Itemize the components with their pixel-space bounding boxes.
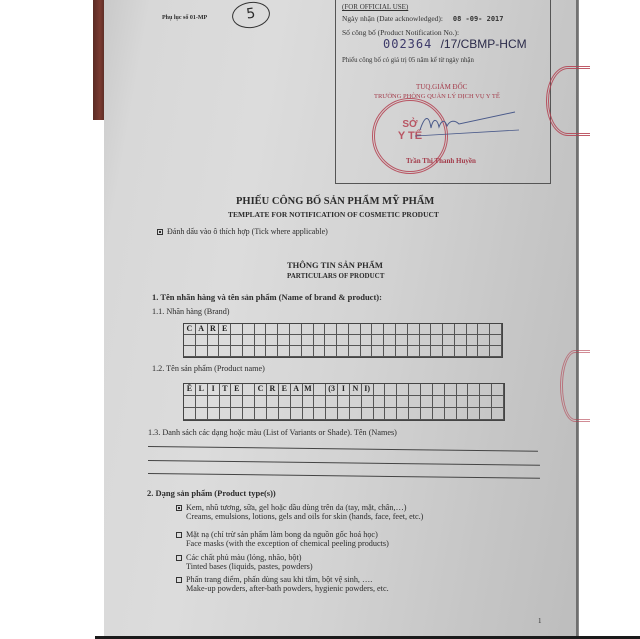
notification-label: Số công bố (Product Notification No.): — [342, 28, 459, 37]
option-label-vn: Phấn trang điểm, phấn dùng sau khi tắm, … — [186, 575, 372, 584]
date-acknowledged-value: 08 -09- 2017 — [453, 15, 504, 23]
grid-cell[interactable] — [490, 346, 502, 357]
grid-cell[interactable] — [184, 346, 196, 357]
variants-label: 1.3. Danh sách các dạng hoặc màu (List o… — [148, 428, 397, 437]
brand-character-grid[interactable]: CARE — [183, 323, 503, 358]
grid-cell[interactable] — [325, 346, 337, 357]
validity-note: Phiếu công bố có giá trị 05 năm kể từ ng… — [342, 57, 474, 64]
grid-cell[interactable] — [445, 408, 457, 420]
grid-cell[interactable] — [384, 324, 396, 335]
grid-cell[interactable] — [420, 324, 432, 335]
grid-cell[interactable] — [478, 346, 490, 357]
notification-number: 002364 /17/CBMP-HCM — [383, 37, 527, 51]
section-title-en: PARTICULARS OF PRODUCT — [287, 272, 384, 280]
grid-cell[interactable] — [409, 396, 421, 408]
grid-cell[interactable] — [492, 408, 504, 420]
grid-cell[interactable] — [433, 408, 445, 420]
grid-cell[interactable] — [397, 384, 409, 396]
checkbox-icon-example — [157, 229, 163, 235]
grid-cell[interactable] — [291, 396, 303, 408]
option-label-vn: Kem, nhũ tương, sữa, gel hoặc dầu dùng t… — [186, 503, 406, 512]
checkbox-icon[interactable] — [176, 577, 182, 583]
grid-cell[interactable] — [243, 335, 255, 346]
grid-cell[interactable] — [445, 384, 457, 396]
grid-cell[interactable] — [231, 396, 243, 408]
brand-label: 1.1. Nhãn hàng (Brand) — [152, 307, 230, 316]
grid-cell[interactable] — [421, 396, 433, 408]
grid-cell[interactable] — [291, 408, 303, 420]
grid-cell[interactable] — [431, 324, 443, 335]
section-title-vn: THÔNG TIN SẢN PHẨM — [287, 260, 383, 270]
grid-cell[interactable] — [374, 408, 386, 420]
option-label-vn: Các chất phủ màu (lỏng, nhão, bột) — [186, 553, 302, 562]
grid-cell[interactable] — [266, 324, 278, 335]
grid-cell[interactable]: E — [231, 384, 243, 396]
grid-cell[interactable] — [196, 335, 208, 346]
grid-cell[interactable] — [421, 408, 433, 420]
notification-number-stamped: 002364 — [383, 37, 432, 51]
grid-cell[interactable] — [467, 346, 479, 357]
checkbox-checked-icon[interactable] — [176, 505, 182, 511]
grid-cell[interactable] — [385, 396, 397, 408]
date-acknowledged-row: Ngày nhận (Date acknowledged): 08 -09- 2… — [342, 14, 503, 23]
grid-cell[interactable]: M — [303, 384, 315, 396]
grid-cell[interactable] — [480, 408, 492, 420]
grid-cell[interactable] — [337, 324, 349, 335]
product-type-option[interactable]: Phấn trang điểm, phấn dùng sau khi tắm, … — [176, 575, 389, 593]
section1-heading: 1. Tên nhãn hàng và tên sản phẩm (Name o… — [152, 292, 382, 302]
product-type-option[interactable]: Các chất phủ màu (lỏng, nhão, bột)Tinted… — [176, 553, 313, 571]
grid-cell[interactable] — [385, 384, 397, 396]
grid-cell[interactable] — [478, 324, 490, 335]
grid-cell[interactable] — [361, 346, 373, 357]
option-label-en: Make-up powders, after-bath powders, hyg… — [186, 584, 389, 593]
grid-cell[interactable] — [349, 335, 361, 346]
grid-cell[interactable] — [397, 396, 409, 408]
grid-cell[interactable] — [231, 346, 243, 357]
section2-heading: 2. Dạng sản phẩm (Product type(s)) — [147, 488, 276, 498]
grid-cell[interactable]: A — [196, 324, 208, 335]
grid-cell[interactable] — [408, 324, 420, 335]
grid-cell[interactable] — [219, 346, 231, 357]
grid-cell[interactable] — [372, 335, 384, 346]
grid-cell[interactable] — [208, 396, 220, 408]
grid-cell[interactable] — [255, 396, 267, 408]
grid-cell[interactable] — [314, 324, 326, 335]
grid-cell[interactable] — [196, 396, 208, 408]
grid-cell[interactable] — [397, 408, 409, 420]
grid-cell[interactable] — [290, 335, 302, 346]
grid-cell[interactable] — [408, 335, 420, 346]
product-name-label: 1.2. Tên sản phẩm (Product name) — [152, 364, 265, 373]
grid-cell[interactable] — [409, 384, 421, 396]
grid-cell[interactable] — [243, 396, 255, 408]
grid-cell[interactable] — [243, 408, 255, 420]
grid-cell[interactable] — [420, 335, 432, 346]
grid-cell[interactable] — [457, 408, 469, 420]
grid-cell[interactable] — [350, 408, 362, 420]
product-name-character-grid[interactable]: ÊLITECREAM(3INI) — [183, 383, 505, 421]
grid-cell[interactable] — [255, 335, 267, 346]
grid-cell[interactable] — [467, 335, 479, 346]
grid-cell[interactable] — [266, 346, 278, 357]
grid-cell[interactable] — [325, 335, 337, 346]
official-use-box: (FOR OFFICIAL USE) Ngày nhận (Date ackno… — [335, 0, 551, 184]
grid-cell[interactable] — [480, 396, 492, 408]
grid-cell[interactable] — [266, 335, 278, 346]
page-number: 1 — [538, 617, 542, 625]
grid-cell[interactable] — [243, 324, 255, 335]
grid-cell[interactable]: I — [208, 384, 220, 396]
grid-cell[interactable] — [326, 408, 338, 420]
checkbox-icon[interactable] — [176, 532, 182, 538]
grid-cell[interactable] — [279, 396, 291, 408]
grid-cell[interactable] — [184, 335, 196, 346]
grid-cell[interactable]: E — [219, 324, 231, 335]
grid-cell[interactable] — [338, 408, 350, 420]
grid-cell[interactable] — [478, 335, 490, 346]
grid-cell[interactable] — [492, 384, 504, 396]
grid-cell[interactable] — [350, 396, 362, 408]
grid-cell[interactable]: N — [350, 384, 362, 396]
grid-cell[interactable] — [326, 396, 338, 408]
grid-cell[interactable] — [302, 335, 314, 346]
grid-cell[interactable] — [468, 396, 480, 408]
grid-cell[interactable] — [325, 324, 337, 335]
grid-cell[interactable] — [433, 384, 445, 396]
grid-cell[interactable] — [337, 346, 349, 357]
grid-cell[interactable] — [443, 324, 455, 335]
grid-cell[interactable] — [409, 408, 421, 420]
grid-cell[interactable]: L — [196, 384, 208, 396]
grid-cell[interactable] — [372, 324, 384, 335]
grid-cell[interactable] — [267, 408, 279, 420]
signature — [415, 110, 520, 140]
grid-cell[interactable] — [433, 396, 445, 408]
grid-cell[interactable] — [337, 335, 349, 346]
grid-cell[interactable] — [396, 324, 408, 335]
grid-cell[interactable] — [196, 408, 208, 420]
grid-cell[interactable]: C — [255, 384, 267, 396]
grid-cell[interactable] — [384, 335, 396, 346]
grid-cell[interactable] — [490, 324, 502, 335]
grid-cell[interactable] — [255, 346, 267, 357]
option-label-vn: Mặt nạ (chỉ trừ sản phẩm làm bong da ngu… — [186, 530, 378, 539]
side-stamp-top — [546, 66, 590, 136]
grid-cell[interactable] — [255, 408, 267, 420]
grid-cell[interactable]: I — [338, 384, 350, 396]
appendix-label: Phụ lục số 01-MP — [162, 15, 207, 21]
signer-title-2: TRƯỞNG PHÒNG QUẢN LÝ DỊCH VỤ Y TẾ — [374, 93, 500, 100]
grid-cell[interactable] — [443, 346, 455, 357]
date-acknowledged-label: Ngày nhận (Date acknowledged): — [342, 14, 443, 23]
grid-cell[interactable] — [431, 346, 443, 357]
grid-cell[interactable] — [290, 324, 302, 335]
grid-cell[interactable] — [314, 346, 326, 357]
grid-cell[interactable] — [278, 346, 290, 357]
product-type-option[interactable]: Mặt nạ (chỉ trừ sản phẩm làm bong da ngu… — [176, 530, 389, 548]
product-type-option[interactable]: Kem, nhũ tương, sữa, gel hoặc dầu dùng t… — [176, 503, 423, 521]
grid-cell[interactable] — [443, 335, 455, 346]
grid-cell[interactable] — [279, 408, 291, 420]
official-use-heading: (FOR OFFICIAL USE) — [342, 3, 408, 11]
grid-cell[interactable] — [457, 384, 469, 396]
option-label-en: Creams, emulsions, lotions, gels and oil… — [186, 512, 423, 521]
grid-cell[interactable] — [374, 384, 386, 396]
grid-cell[interactable] — [231, 335, 243, 346]
grid-cell[interactable] — [314, 408, 326, 420]
grid-cell[interactable]: E — [279, 384, 291, 396]
grid-cell[interactable] — [361, 335, 373, 346]
grid-cell[interactable] — [219, 335, 231, 346]
grid-cell[interactable] — [208, 346, 220, 357]
grid-cell[interactable] — [349, 346, 361, 357]
grid-cell[interactable] — [421, 384, 433, 396]
grid-cell[interactable] — [196, 346, 208, 357]
signer-title-1: TUQ.GIÁM ĐỐC — [416, 83, 467, 91]
grid-cell[interactable] — [208, 408, 220, 420]
form-title-vn: PHIẾU CÔNG BỐ SẢN PHẨM MỸ PHẨM — [236, 196, 434, 207]
grid-cell[interactable] — [231, 408, 243, 420]
grid-cell[interactable] — [362, 396, 374, 408]
grid-cell[interactable] — [457, 396, 469, 408]
grid-cell[interactable] — [468, 384, 480, 396]
tick-instruction-text: Đánh dấu vào ô thích hợp (Tick where app… — [167, 227, 328, 236]
grid-cell[interactable] — [374, 396, 386, 408]
grid-cell[interactable] — [455, 335, 467, 346]
form-title-en: TEMPLATE FOR NOTIFICATION OF COSMETIC PR… — [228, 210, 439, 219]
grid-cell[interactable] — [492, 396, 504, 408]
grid-cell[interactable] — [184, 396, 196, 408]
grid-cell[interactable] — [408, 346, 420, 357]
tick-instruction: Đánh dấu vào ô thích hợp (Tick where app… — [157, 227, 328, 236]
grid-cell[interactable] — [231, 324, 243, 335]
option-label-en: Tinted bases (liquids, pastes, powders) — [186, 562, 313, 571]
grid-cell[interactable] — [362, 408, 374, 420]
grid-cell[interactable] — [303, 408, 315, 420]
grid-cell[interactable] — [303, 396, 315, 408]
grid-cell[interactable] — [220, 396, 232, 408]
grid-cell[interactable] — [349, 324, 361, 335]
grid-cell[interactable] — [290, 346, 302, 357]
grid-cell[interactable] — [267, 396, 279, 408]
grid-cell[interactable] — [431, 335, 443, 346]
grid-cell[interactable] — [396, 335, 408, 346]
grid-cell[interactable] — [278, 335, 290, 346]
grid-cell[interactable]: T — [220, 384, 232, 396]
grid-cell[interactable]: Ê — [184, 384, 196, 396]
grid-cell[interactable] — [302, 324, 314, 335]
grid-cell[interactable] — [467, 324, 479, 335]
checkbox-icon[interactable] — [176, 555, 182, 561]
grid-cell[interactable] — [314, 396, 326, 408]
grid-cell[interactable] — [220, 408, 232, 420]
grid-cell[interactable] — [255, 324, 267, 335]
grid-cell[interactable] — [338, 396, 350, 408]
grid-cell[interactable] — [480, 384, 492, 396]
grid-cell[interactable] — [302, 346, 314, 357]
grid-cell[interactable] — [314, 384, 326, 396]
grid-cell[interactable]: (3 — [326, 384, 338, 396]
grid-cell[interactable] — [384, 346, 396, 357]
grid-cell[interactable] — [278, 324, 290, 335]
grid-cell[interactable] — [314, 335, 326, 346]
grid-cell[interactable] — [396, 346, 408, 357]
option-label-en: Face masks (with the exception of chemic… — [186, 539, 389, 548]
grid-cell[interactable] — [455, 324, 467, 335]
grid-cell[interactable]: C — [184, 324, 196, 335]
grid-cell[interactable]: R — [208, 324, 220, 335]
grid-cell[interactable]: R — [267, 384, 279, 396]
grid-cell[interactable] — [243, 346, 255, 357]
grid-cell[interactable]: I) — [362, 384, 374, 396]
grid-cell[interactable] — [243, 384, 255, 396]
grid-cell[interactable] — [468, 408, 480, 420]
grid-cell[interactable]: A — [291, 384, 303, 396]
grid-cell[interactable] — [372, 346, 384, 357]
grid-cell[interactable] — [184, 408, 196, 420]
grid-cell[interactable] — [208, 335, 220, 346]
notification-number-suffix: /17/CBMP-HCM — [441, 37, 527, 51]
grid-cell[interactable] — [490, 335, 502, 346]
grid-cell[interactable] — [361, 324, 373, 335]
grid-cell[interactable] — [385, 408, 397, 420]
grid-cell[interactable] — [455, 346, 467, 357]
side-stamp-middle — [560, 350, 590, 422]
grid-cell[interactable] — [445, 396, 457, 408]
grid-cell[interactable] — [420, 346, 432, 357]
